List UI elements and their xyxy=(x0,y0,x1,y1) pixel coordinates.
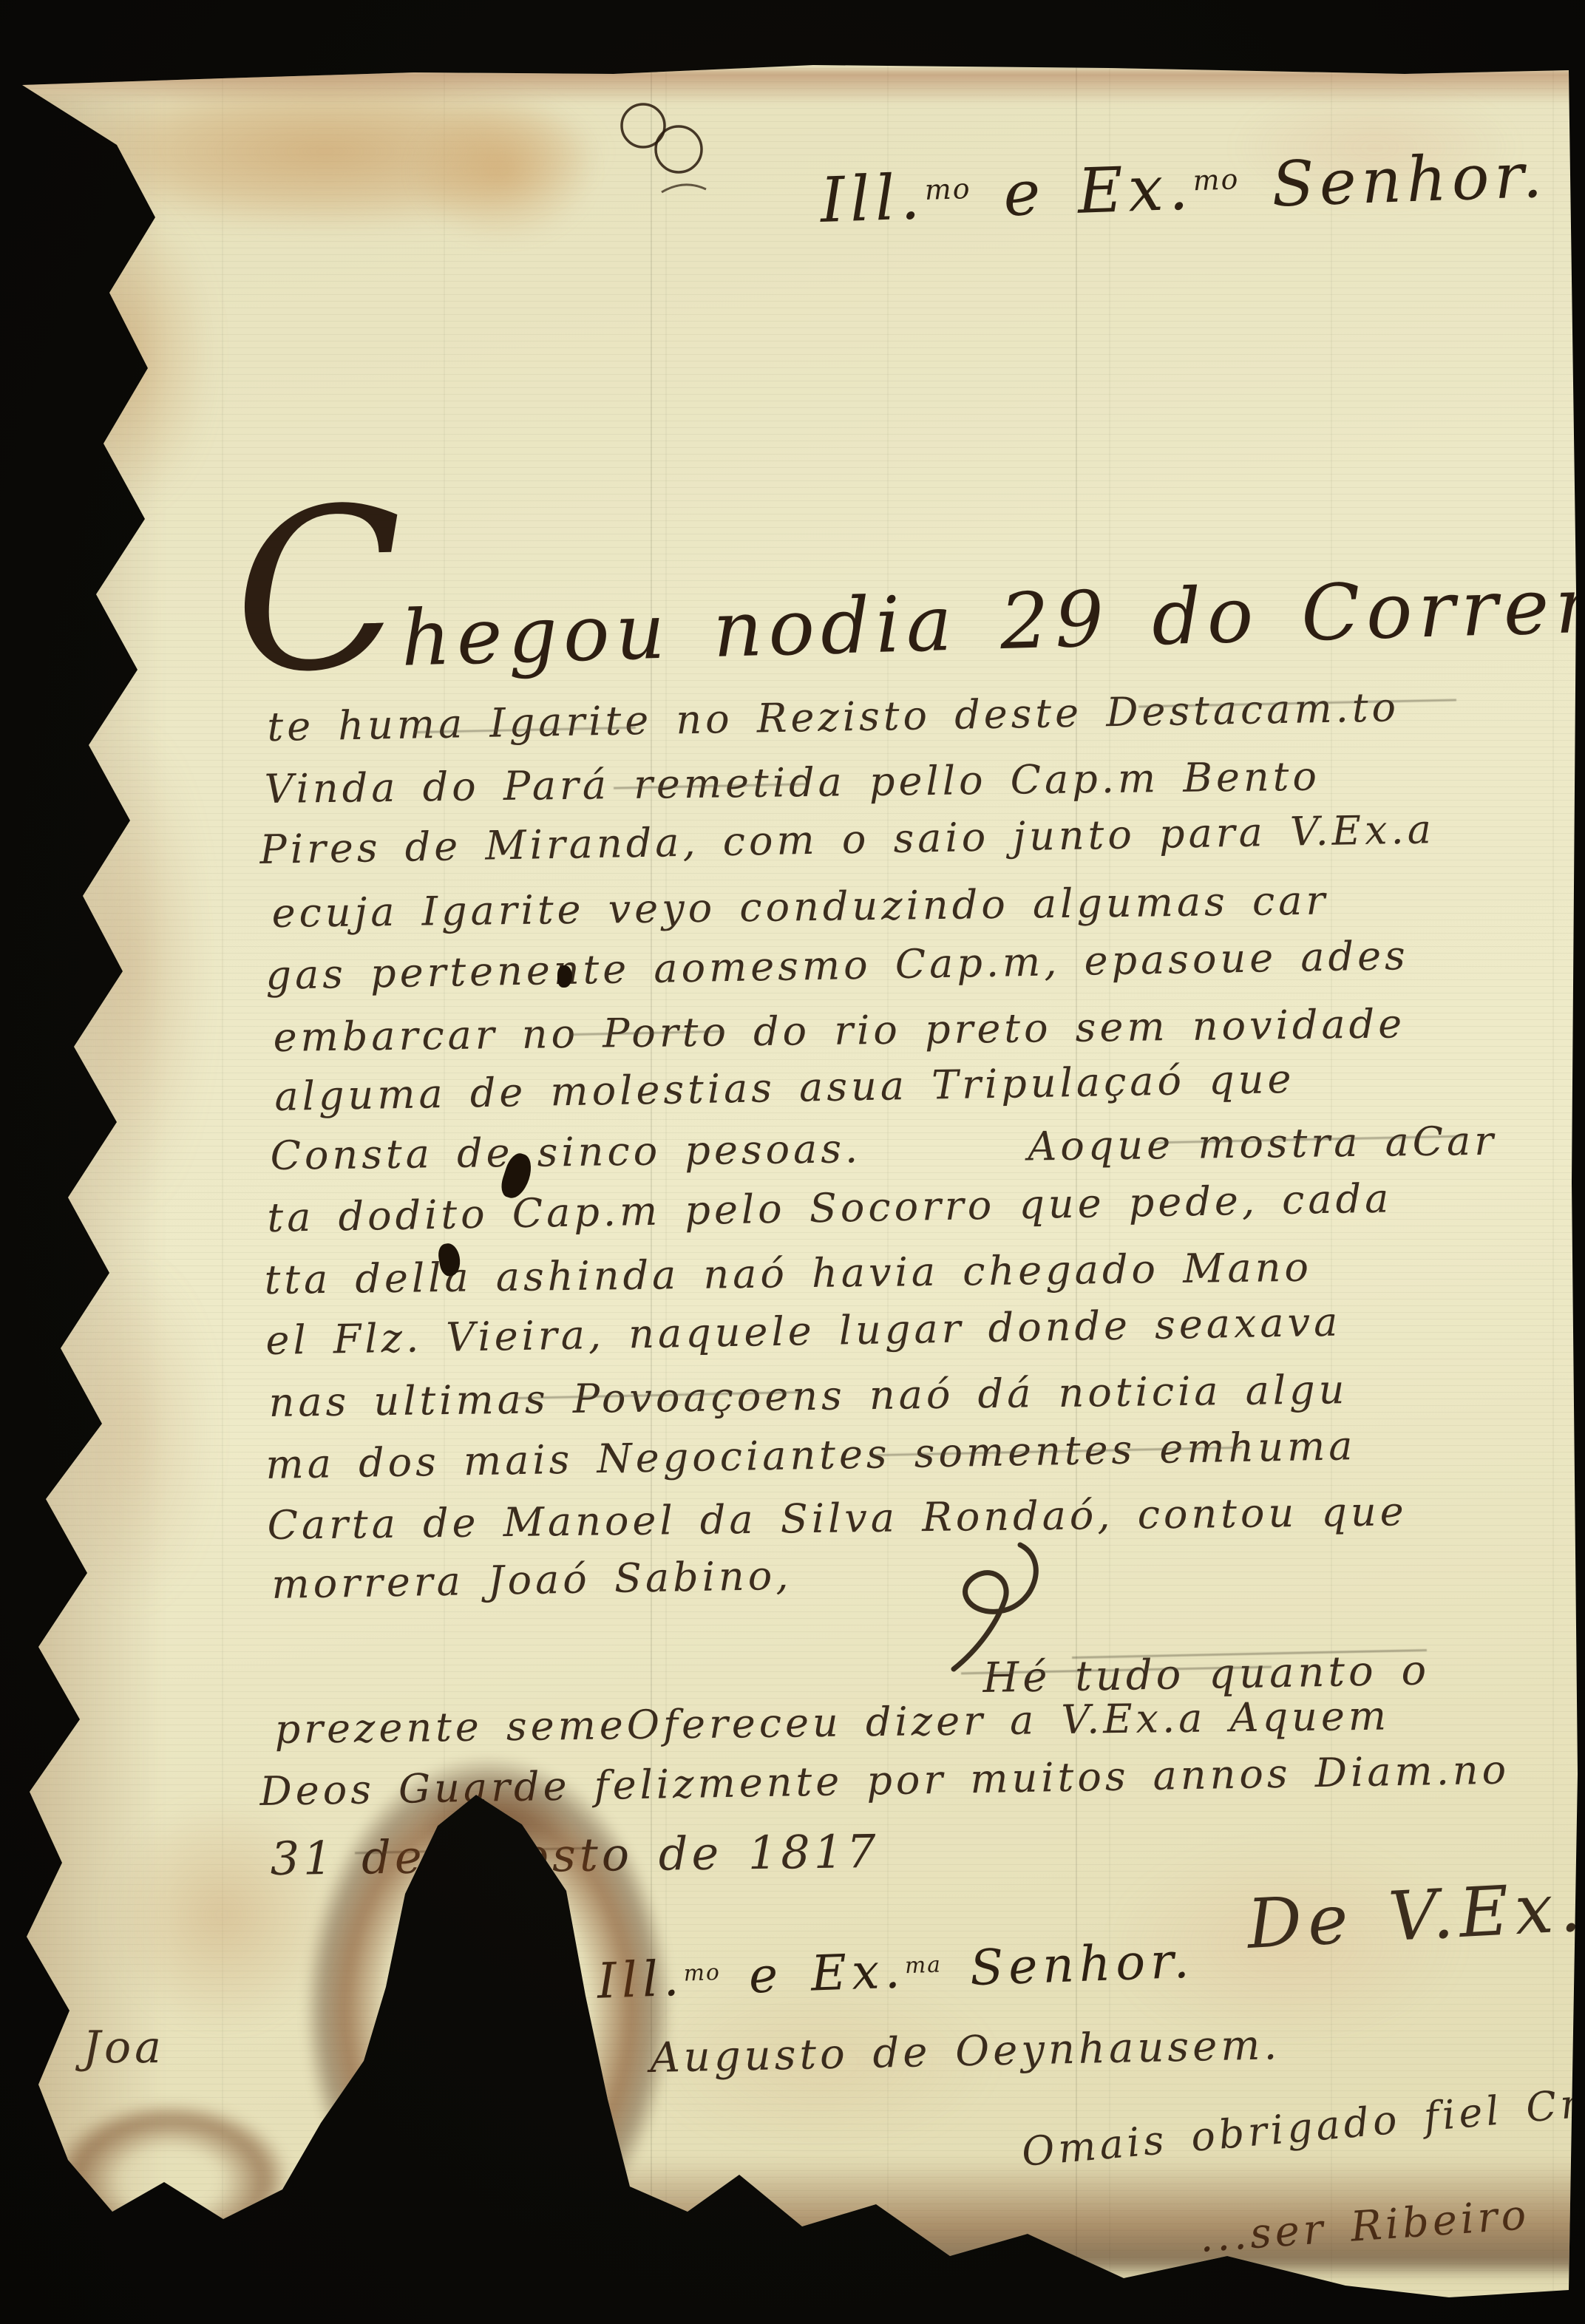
manuscript-paper: Ill.mo e Ex.mo Senhor. C hegou nodia 29 … xyxy=(0,0,1585,2324)
body-line: Pires de Miranda, com o saio junto para … xyxy=(259,806,1435,873)
burn-singe xyxy=(44,2099,296,2262)
body-line: ecuja Igarite veyo conduzindo algumas ca… xyxy=(271,877,1328,937)
stain xyxy=(96,1789,347,2040)
body-line: gas pertenente aomesmo Cap.m, epasoue ad… xyxy=(265,932,1409,999)
stain xyxy=(30,185,222,525)
signoff-flourish: De V.Ex.a xyxy=(1245,1865,1585,1964)
body-line: ta dodito Cap.m pelo Socorro que pede, c… xyxy=(267,1175,1393,1241)
addressee-fragment-left: Joa xyxy=(83,2022,165,2073)
valediction-part: mo xyxy=(683,1960,721,1987)
salutation-part: mo xyxy=(1192,163,1240,197)
body-line: el Flz. Vieira, naquele lugar donde seax… xyxy=(265,1299,1342,1364)
stain xyxy=(52,702,214,1234)
opening-line: C hegou nodia 29 do Corren xyxy=(231,472,1585,688)
date-line: 31 de Agosto de 1817 xyxy=(270,1824,880,1886)
valediction-part: Senhor. xyxy=(941,1932,1195,1998)
body-line: alguma de molestias asua Tripulaçaó que xyxy=(274,1056,1295,1120)
stain xyxy=(399,89,606,251)
salutation-part: Senhor. xyxy=(1238,139,1549,222)
valediction-part: Ill. xyxy=(596,1950,685,2010)
salutation-part: mo xyxy=(924,172,971,206)
salutation-part: e Ex. xyxy=(970,151,1195,231)
salutation-line: Ill.mo e Ex.mo Senhor. xyxy=(688,67,1551,313)
opening-rest: hegou nodia 29 do Corren xyxy=(400,560,1585,684)
opening-initial: C xyxy=(231,506,410,676)
stain xyxy=(30,67,621,237)
body-line: morrera Joaó Sabino, xyxy=(271,1552,792,1608)
closing-line: prezente semeOfereceu dizer a V.Ex.a Aqu… xyxy=(274,1693,1390,1753)
body-line: Consta de sinco pesoas. Aoque mostra aCa… xyxy=(270,1118,1497,1179)
body-line: Carta de Manoel da Silva Rondaó, contou … xyxy=(267,1488,1408,1549)
body-line: te huma Igarite no Rezisto deste Destaca… xyxy=(267,684,1400,750)
body-line: embarcar no Porto do rio preto sem novid… xyxy=(273,1000,1405,1061)
body-line: nas ultimas Povoaçoens naó dá noticia al… xyxy=(268,1366,1348,1426)
body-line: ma dos mais Negociantes somentes emhuma xyxy=(265,1422,1357,1488)
salutation-part: Ill. xyxy=(819,160,926,237)
courtesy-line: Omais obrigado fiel Criados xyxy=(1020,2069,1585,2175)
stain xyxy=(44,1242,222,1626)
page-background: { "colors":{"background":"#0b0a07","pape… xyxy=(0,0,1585,2324)
closing-line: Deos Guarde felizmente por muitos annos … xyxy=(259,1746,1510,1815)
valediction-part: e Ex. xyxy=(720,1942,906,2005)
signature-line: ...ser Ribeiro xyxy=(1198,2191,1531,2262)
body-line: tta della ashinda naó havia chegado Mano xyxy=(264,1244,1312,1303)
burn-singe xyxy=(7,96,163,2240)
valediction-part: ma xyxy=(904,1951,942,1979)
